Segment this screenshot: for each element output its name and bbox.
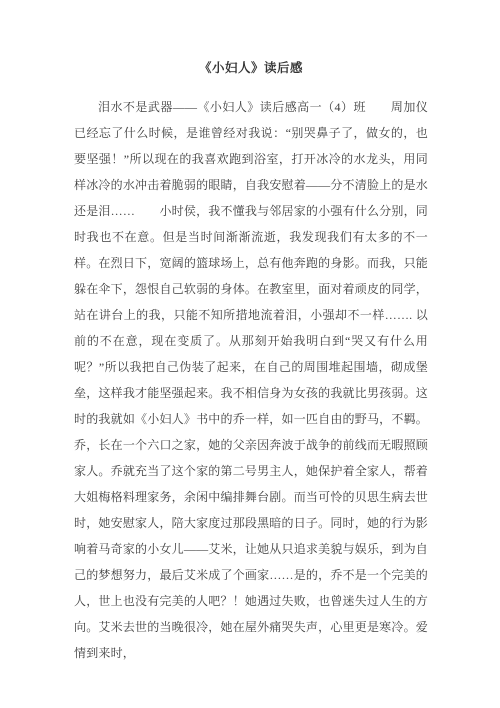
essay-body-paragraph: 泪水不是武器——《小妇人》读后感高一（4）班 周加仪已经忘了什么时候，是谁曾经对… bbox=[74, 94, 428, 666]
document-page: 《小妇人》读后感 泪水不是武器——《小妇人》读后感高一（4）班 周加仪已经忘了什… bbox=[0, 0, 500, 708]
essay-title: 《小妇人》读后感 bbox=[74, 57, 428, 79]
